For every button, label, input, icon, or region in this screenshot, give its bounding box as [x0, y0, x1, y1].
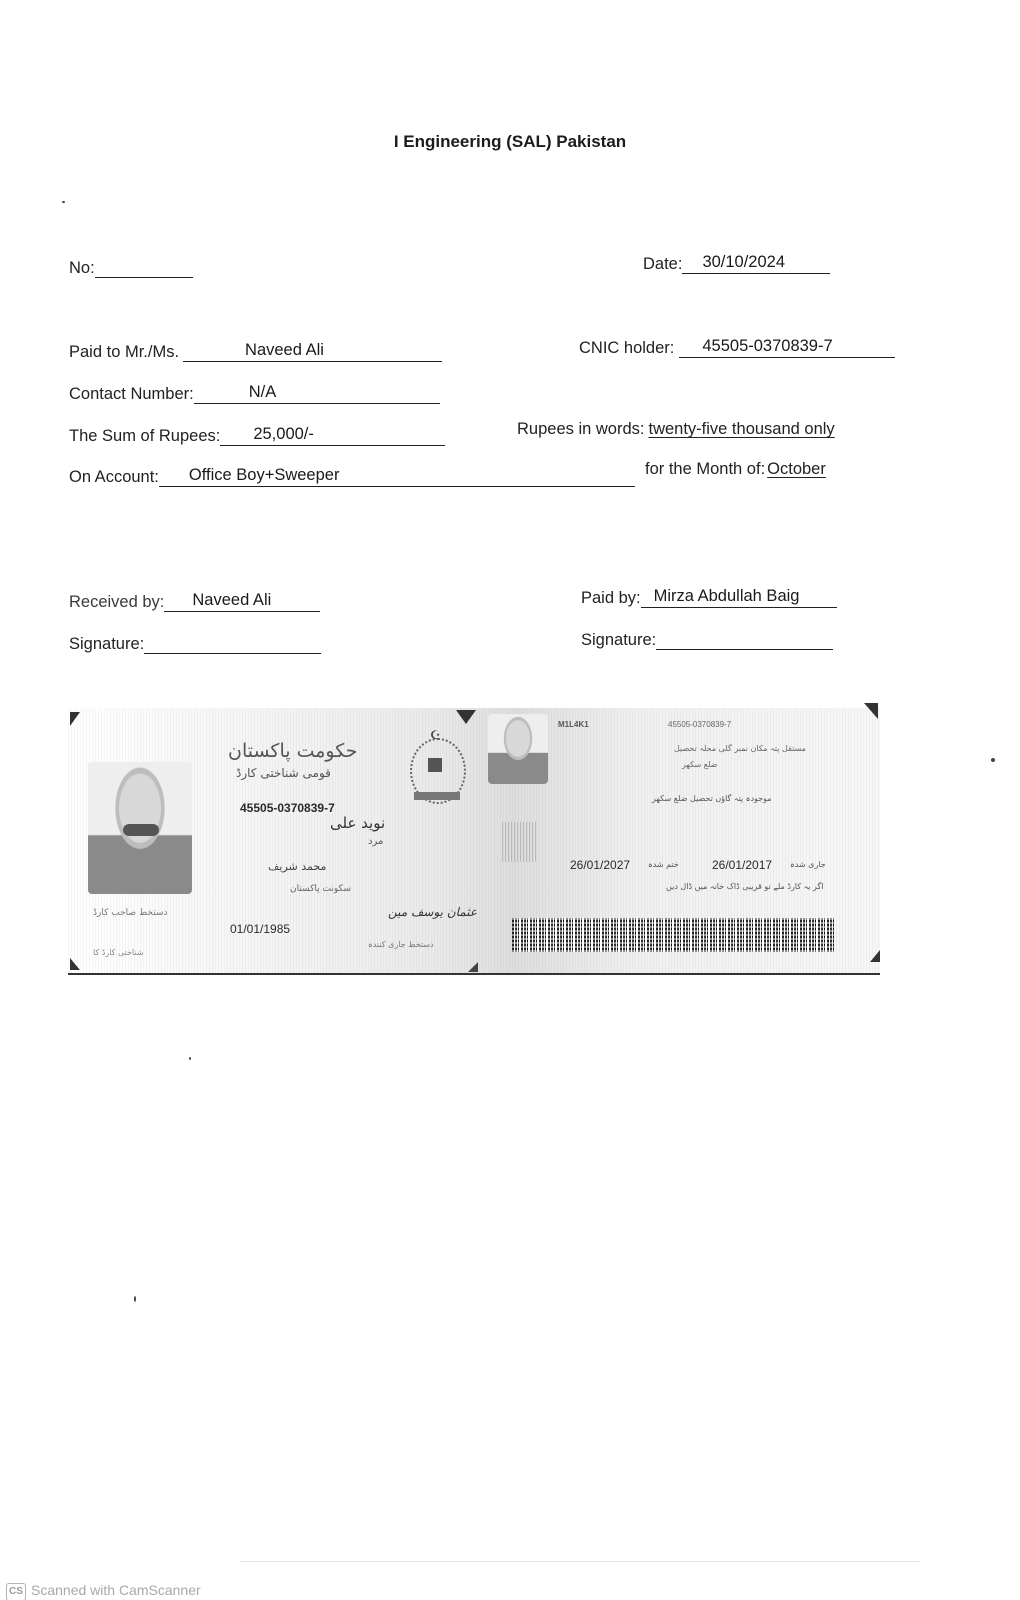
paid-to-blank: Naveed Ali: [183, 342, 442, 362]
corner-marker-icon: [468, 962, 478, 972]
rupees-in-words-label: Rupees in words:: [517, 420, 644, 439]
card-barcode: [512, 918, 834, 952]
corner-marker-icon: [864, 703, 878, 719]
card-father-name-urdu: محمد شریف: [268, 860, 326, 873]
paid-by-value: Mirza Abdullah Baig: [654, 587, 800, 606]
corner-marker-icon: [70, 958, 80, 970]
sum-of-rupees-blank: 25,000/-: [220, 426, 445, 446]
date-field: Date: 30/10/2024: [643, 254, 830, 274]
card-gender-urdu: مرد: [368, 836, 383, 847]
paid-signature-field: Signature:: [581, 630, 833, 650]
sum-of-rupees-value: 25,000/-: [253, 425, 314, 444]
crescent-icon: ☪: [430, 728, 441, 742]
scan-edge-line: [240, 1561, 920, 1562]
card-issuer-signature: عثمان یوسف مین: [388, 905, 477, 919]
card-identity-number: 45505-0370839-7: [240, 801, 335, 815]
sum-of-rupees-field: The Sum of Rupees: 25,000/-: [69, 426, 445, 446]
card-caption: شناختی کارڈ کا: [93, 948, 144, 957]
card-back-identity-number: 45505-0370839-7: [668, 720, 731, 729]
holder-signature-caption: دستخط صاحب کارڈ: [93, 908, 168, 918]
card-address-line-3: موجودہ پتہ گاؤں تحصیل ضلع سکھر: [652, 794, 772, 803]
contact-number-field: Contact Number: N/A: [69, 384, 440, 404]
month-value: October: [767, 460, 826, 479]
card-name-urdu: نوید علی: [330, 814, 385, 832]
paid-by-label: Paid by:: [581, 589, 641, 608]
paid-to-field: Paid to Mr./Ms. Naveed Ali: [69, 342, 442, 362]
card-header-urdu: حکومت پاکستان: [228, 740, 357, 762]
company-title: I Engineering (SAL) Pakistan: [0, 132, 1020, 152]
received-by-value: Naveed Ali: [192, 591, 271, 610]
received-by-label: Received by:: [69, 593, 164, 612]
date-value: 30/10/2024: [702, 253, 785, 272]
scan-speck: [991, 758, 995, 762]
corner-marker-icon: [456, 710, 476, 724]
card-address-line-1: مستقل پتہ مکان نمبر گلی محلہ تحصیل: [674, 744, 806, 753]
rupees-in-words-field: Rupees in words: twenty-five thousand on…: [517, 420, 835, 439]
contact-number-blank: N/A: [194, 384, 440, 404]
card-note-urdu: اگر یہ کارڈ ملے تو قریبی ڈاک خانہ میں ڈا…: [666, 882, 824, 891]
on-account-label: On Account:: [69, 468, 159, 487]
on-account-value: Office Boy+Sweeper: [189, 466, 340, 485]
date-label: Date:: [643, 255, 682, 274]
paid-by-field: Paid by: Mirza Abdullah Baig: [581, 588, 837, 608]
received-by-blank: Naveed Ali: [164, 592, 320, 612]
photo-detail: [123, 824, 159, 836]
emblem-shield-icon: [428, 758, 442, 772]
holder-photo-small: [488, 714, 548, 784]
voucher-number-blank: [95, 258, 193, 278]
paid-signature-line: [656, 630, 833, 650]
scan-speck: [189, 1057, 191, 1060]
received-signature-label: Signature:: [69, 635, 144, 654]
received-by-field: Received by: Naveed Ali: [69, 592, 320, 612]
on-account-field: On Account: Office Boy+Sweeper: [69, 467, 635, 487]
camscanner-watermark: Scanned with CamScanner: [31, 1582, 201, 1598]
emblem-scroll-icon: [414, 792, 460, 800]
cnic-card-scan: دستخط صاحب کارڈ شناختی کارڈ کا حکومت پاک…: [68, 700, 880, 975]
paid-to-label: Paid to Mr./Ms.: [69, 343, 179, 362]
sum-of-rupees-label: The Sum of Rupees:: [69, 427, 220, 446]
card-address-line-2: ضلع سکھر: [682, 760, 717, 769]
on-account-blank: Office Boy+Sweeper: [159, 467, 635, 487]
received-signature-field: Signature:: [69, 634, 321, 654]
scan-speck: [62, 201, 65, 203]
card-subheader-urdu: قومی شناختی کارڈ: [236, 766, 331, 780]
date-blank: 30/10/2024: [682, 254, 830, 274]
cnic-holder-label: CNIC holder:: [579, 339, 674, 358]
card-date-of-issue: 26/01/2017: [712, 858, 772, 872]
voucher-number-label: No:: [69, 259, 95, 278]
card-residence-urdu: سکونت پاکستان: [290, 884, 351, 894]
received-signature-line: [144, 634, 321, 654]
issue-label-urdu: جاری شدہ: [790, 860, 826, 869]
card-back-code: M1L4K1: [558, 720, 589, 729]
cnic-card-edge: [68, 973, 880, 975]
corner-marker-icon: [870, 950, 880, 962]
card-date-of-expiry: 26/01/2027: [570, 858, 630, 872]
paid-by-blank: Mirza Abdullah Baig: [641, 588, 837, 608]
cnic-holder-field: CNIC holder: 45505-0370839-7: [579, 338, 895, 358]
cnic-holder-value: 45505-0370839-7: [702, 337, 832, 356]
corner-marker-icon: [70, 712, 80, 726]
scan-speck: [134, 1296, 136, 1302]
camscanner-logo-icon: CS: [6, 1583, 26, 1600]
expiry-label-urdu: ختم شدہ: [648, 860, 679, 869]
contact-number-value: N/A: [249, 383, 277, 402]
card-caption: دستخط جاری کنندہ: [368, 940, 434, 949]
paid-signature-label: Signature:: [581, 631, 656, 650]
voucher-number-field: No:: [69, 258, 193, 278]
month-label: for the Month of:: [645, 460, 765, 479]
cnic-holder-blank: 45505-0370839-7: [679, 338, 895, 358]
card-date-of-birth: 01/01/1985: [230, 922, 290, 936]
rupees-in-words-value: twenty-five thousand only: [648, 420, 834, 439]
ghost-image: [502, 822, 538, 862]
contact-number-label: Contact Number:: [69, 385, 194, 404]
paid-to-value: Naveed Ali: [245, 341, 324, 360]
month-field: for the Month of: October: [645, 460, 826, 479]
